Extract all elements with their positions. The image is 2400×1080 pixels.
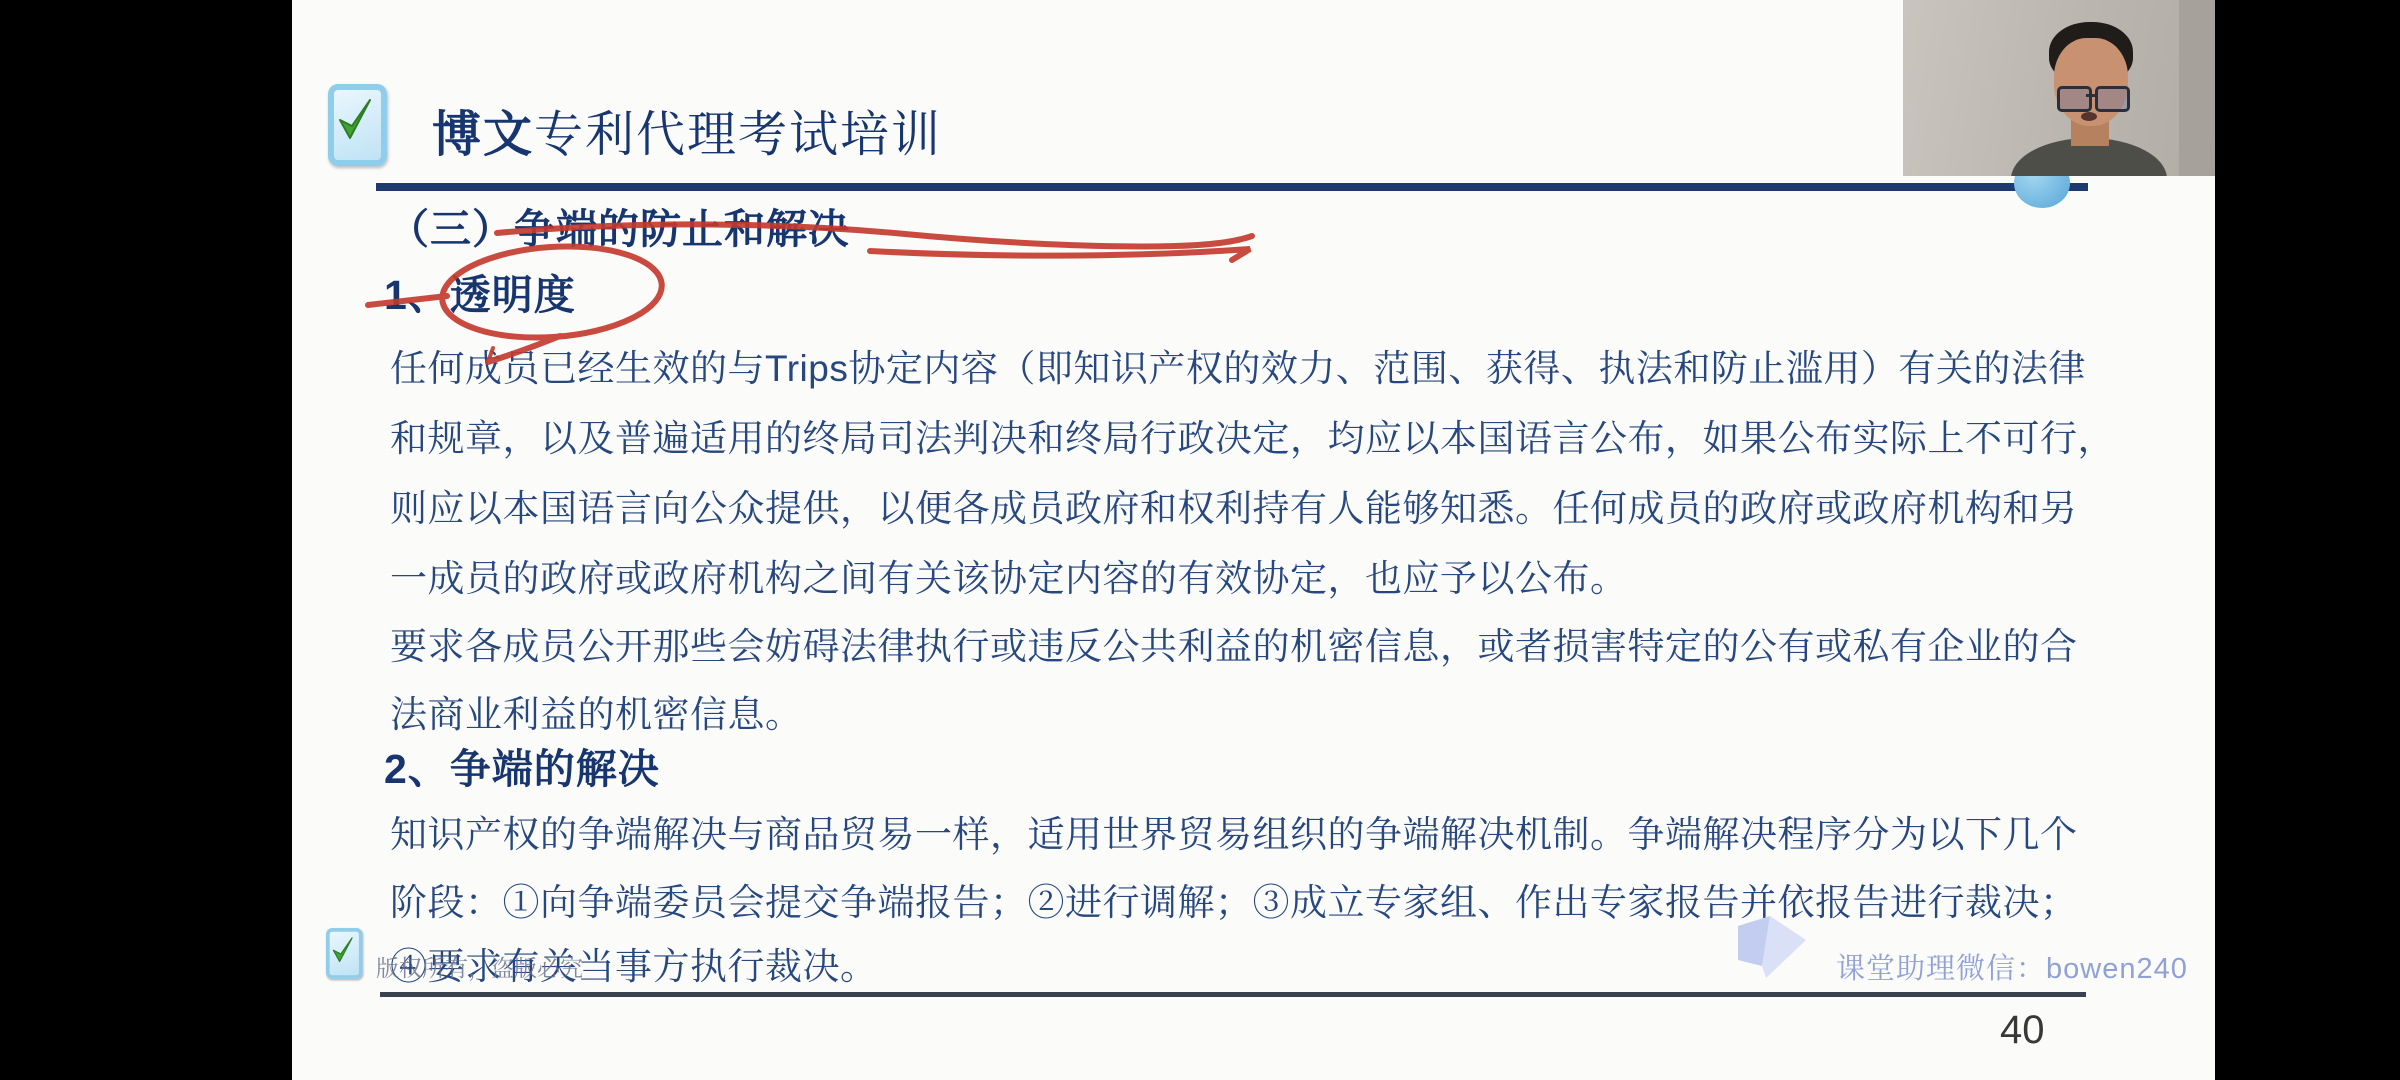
arrow-logo-icon bbox=[1736, 916, 1820, 988]
course-title: 博文专利代理考试培训 bbox=[432, 96, 942, 166]
course-title-rest: 专利代理考试培训 bbox=[534, 108, 942, 162]
webcam-video bbox=[1903, 0, 2215, 176]
glasses-right-lens bbox=[2095, 86, 2130, 112]
course-title-brand: 博文 bbox=[432, 108, 534, 162]
paragraph2-line: 知识产权的争端解决与商品贸易一样，适用世界贸易组织的争端解决机制。争端解决程序分… bbox=[390, 804, 2078, 858]
glasses-bridge bbox=[2086, 94, 2096, 97]
glasses-left-lens bbox=[2057, 86, 2092, 112]
footer-checkbox-logo-icon bbox=[326, 928, 363, 979]
section-heading: （三）争端的防止和解决 bbox=[388, 196, 850, 255]
wall-shadow bbox=[2179, 0, 2215, 176]
presenter-mouth bbox=[2081, 112, 2097, 121]
item2-heading: 2、争端的解决 bbox=[384, 736, 660, 795]
assistant-wechat-watermark: 课堂助理微信：bowen240 bbox=[1836, 946, 2188, 987]
copyright-watermark: 版权所有，盗版必究 bbox=[376, 950, 583, 983]
paragraph2-line: 阶段：①向争端委员会提交争端报告；②进行调解；③成立专家组、作出专家报告并依报告… bbox=[390, 872, 2078, 926]
paragraph1-line: 法商业利益的机密信息。 bbox=[390, 684, 803, 738]
paragraph1-line: 一成员的政府或政府机构之间有关该协定内容的有效协定，也应予以公布。 bbox=[390, 548, 1628, 602]
footer-divider-line bbox=[380, 992, 2086, 997]
paragraph1-line: 要求各成员公开那些会妨碍法律执行或违反公共利益的机密信息，或者损害特定的公有或私… bbox=[390, 616, 2078, 670]
green-check-icon bbox=[338, 98, 372, 142]
paragraph1-line: 任何成员已经生效的与Trips协定内容（即知识产权的效力、范围、获得、执法和防止… bbox=[390, 338, 2086, 392]
video-frame: 博文专利代理考试培训 （三）争端的防止和解决 1、透明度 任何成员已经生效的与T… bbox=[0, 0, 2400, 1080]
paragraph1-line: 和规章，以及普遍适用的终局司法判决和终局行政决定，均应以本国语言公布，如果公布实… bbox=[390, 408, 2115, 462]
title-divider-line bbox=[376, 183, 2088, 191]
checkbox-logo-icon bbox=[328, 84, 387, 166]
green-check-icon bbox=[332, 937, 353, 964]
page-number: 40 bbox=[2000, 1008, 2045, 1053]
item1-heading: 1、透明度 bbox=[384, 262, 576, 321]
paragraph1-line: 则应以本国语言向公众提供，以便各成员政府和权利持有人能够知悉。任何成员的政府或政… bbox=[390, 478, 2078, 532]
